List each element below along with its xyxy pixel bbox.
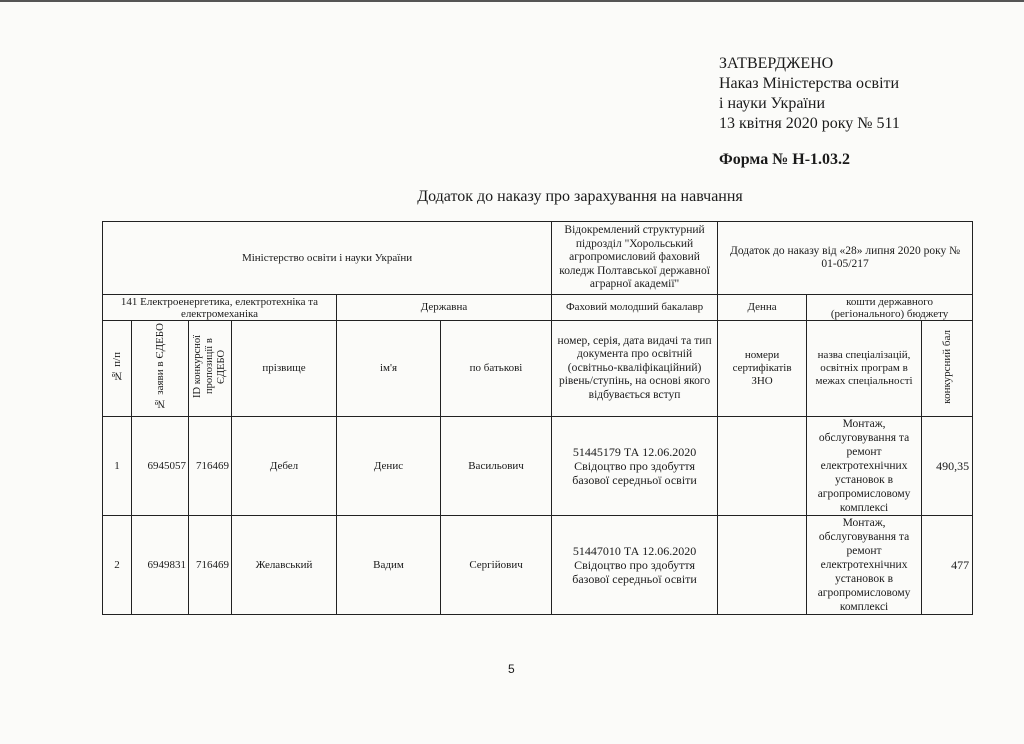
cell-specialization: Монтаж, обслуговування та ремонт електро… [807,417,922,516]
col-header-score: конкурсний бал [922,321,973,417]
cell-patronymic: Сергійович [441,516,552,615]
cell-competitive-offer-id: 716469 [189,417,232,516]
col-header-zno: номери сертифікатів ЗНО [718,321,807,417]
col-header-application-no: № заяви в ЄДЕБО [132,321,189,417]
cell-application-no: 6945057 [132,417,189,516]
approval-line-1: Наказ Міністерства освіти [719,74,979,94]
funding-cell: кошти державного (регіонального) бюджету [807,295,973,321]
order-reference-cell: Додаток до наказу від «28» липня 2020 ро… [718,222,973,295]
col-header-num: № п/п [103,321,132,417]
table-row: 1 6945057 716469 Дебел Денис Васильович … [103,417,973,516]
approval-line-3: 13 квітня 2020 року № 511 [719,114,979,134]
cell-num: 2 [103,516,132,615]
cell-zno [718,516,807,615]
ministry-cell: Міністерство освіти і науки України [103,222,552,295]
col-header-first-name: ім'я [337,321,441,417]
cell-surname: Желавський [232,516,337,615]
col-header-competitive-offer-id: ID конкурсної пропозиції в ЄДЕБО [189,321,232,417]
cell-score: 477 [922,516,973,615]
cell-zno [718,417,807,516]
cell-first-name: Денис [337,417,441,516]
study-form-cell: Денна [718,295,807,321]
form-number: Форма № Н-1.03.2 [719,150,979,170]
institution-cell: Відокремлений структурний підрозділ "Хор… [552,222,718,295]
col-header-specialization: назва спеціалізацій, освітніх програм в … [807,321,922,417]
cell-score: 490,35 [922,417,973,516]
cell-patronymic: Васильович [441,417,552,516]
approval-block: ЗАТВЕРДЖЕНО Наказ Міністерства освіти і … [719,54,979,170]
scan-edge-line [0,0,1024,2]
col-header-surname: прізвище [232,321,337,417]
cell-document: 51447010 ТА 12.06.2020 Свідоцтво про здо… [552,516,718,615]
cell-surname: Дебел [232,417,337,516]
cell-application-no: 6949831 [132,516,189,615]
header-row-institution: Міністерство освіти і науки України Відо… [103,222,973,295]
column-header-row: № п/п № заяви в ЄДЕБО ID конкурсної проп… [103,321,973,417]
cell-num: 1 [103,417,132,516]
degree-cell: Фаховий молодший бакалавр [552,295,718,321]
cell-first-name: Вадим [337,516,441,615]
ownership-cell: Державна [337,295,552,321]
cell-document: 51445179 ТА 12.06.2020 Свідоцтво про здо… [552,417,718,516]
page-number: 5 [508,662,515,676]
col-header-document: номер, серія, дата видачі та тип докумен… [552,321,718,417]
document-title: Додаток до наказу про зарахування на нав… [390,188,770,206]
col-header-patronymic: по батькові [441,321,552,417]
cell-specialization: Монтаж, обслуговування та ремонт електро… [807,516,922,615]
cell-competitive-offer-id: 716469 [189,516,232,615]
header-row-program: 141 Електроенергетика, електротехніка та… [103,295,973,321]
table-row: 2 6949831 716469 Желавський Вадим Сергій… [103,516,973,615]
approval-stamp: ЗАТВЕРДЖЕНО [719,54,979,74]
enrollment-table: Міністерство освіти і науки України Відо… [102,221,973,615]
approval-line-2: і науки України [719,94,979,114]
specialty-cell: 141 Електроенергетика, електротехніка та… [103,295,337,321]
